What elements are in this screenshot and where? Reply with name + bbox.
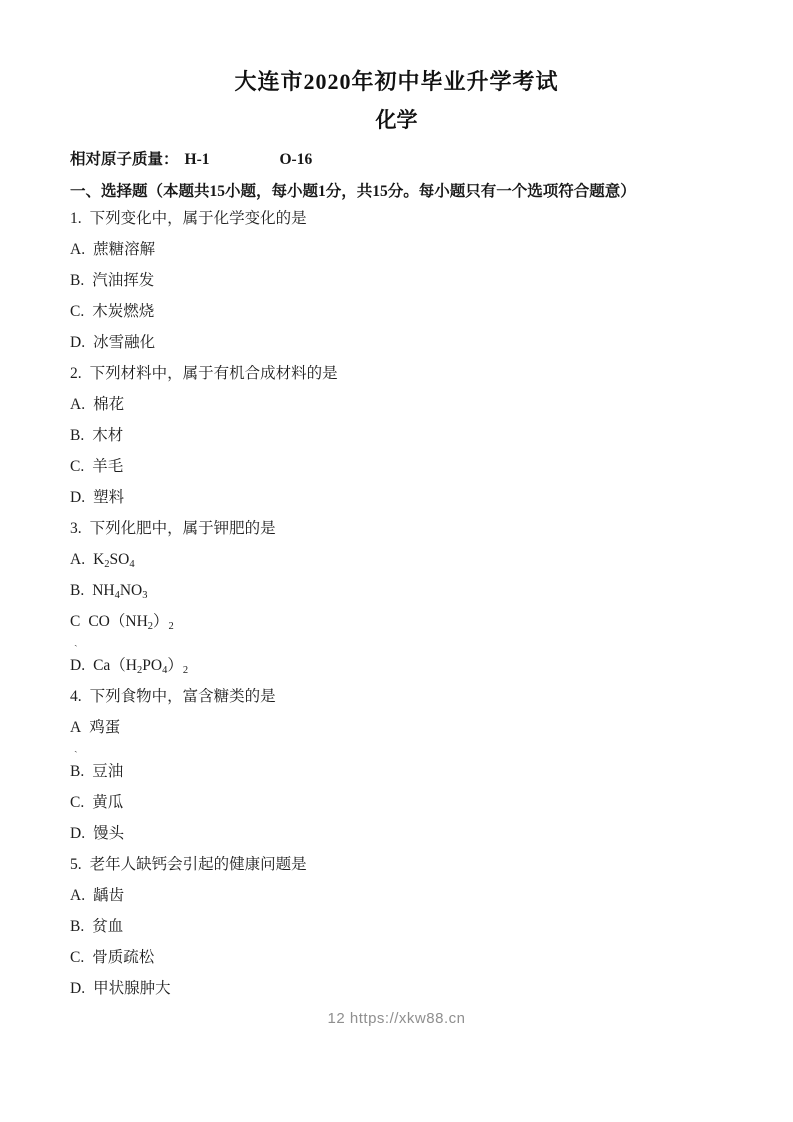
option-text: 骨质疏松 — [92, 949, 154, 966]
option-line: D.甲状腺肿大 — [70, 973, 723, 1004]
question-line: 2.下列材料中，属于有机合成材料的是 — [70, 358, 723, 389]
option-label: D. — [70, 482, 85, 513]
option-text: 豆油 — [92, 763, 123, 780]
formula-segment: NO — [120, 582, 142, 599]
question-number: 1. — [70, 203, 82, 234]
option-line: A.龋齿 — [70, 880, 723, 911]
option-line: A.蔗糖溶解 — [70, 234, 723, 265]
option-line: D.冰雪融化 — [70, 327, 723, 358]
formula-subscript: 3 — [142, 590, 147, 601]
option-text: 龋齿 — [93, 887, 124, 904]
option-line: B.汽油挥发 — [70, 265, 723, 296]
formula-segment: Ca（H — [93, 657, 137, 674]
option-label: B. — [70, 911, 84, 942]
option-line: CCO（NH2）2 — [70, 606, 723, 637]
option-text: 甲状腺肿大 — [93, 980, 171, 997]
option-line: C.木炭燃烧 — [70, 296, 723, 327]
option-label: A. — [70, 880, 85, 911]
option-text: 黄瓜 — [92, 794, 123, 811]
formula-subscript: 2 — [137, 665, 142, 676]
stray-mark: ˏ — [70, 743, 723, 756]
question-stem: 下列食物中，富含糖类的是 — [90, 688, 276, 705]
option-label: B. — [70, 265, 84, 296]
atomic-mass-value-o: O-16 — [279, 151, 312, 168]
option-label: C — [70, 606, 80, 637]
option-label: D. — [70, 327, 85, 358]
question-line: 1.下列变化中，属于化学变化的是 — [70, 203, 723, 234]
option-text: 鸡蛋 — [89, 719, 120, 736]
formula-subscript: 4 — [162, 665, 167, 676]
option-text: 汽油挥发 — [92, 272, 154, 289]
formula-subscript: 4 — [115, 590, 120, 601]
option-line: B.木材 — [70, 420, 723, 451]
page-subtitle: 化学 — [70, 107, 723, 133]
question-number: 4. — [70, 681, 82, 712]
atomic-mass-line: 相对原子质量：H-1O-16 — [70, 149, 723, 171]
option-text: 馒头 — [93, 825, 124, 842]
formula-segment: CO（NH — [88, 613, 147, 630]
formula-subscript: 2 — [169, 621, 174, 632]
option-text: 塑料 — [93, 489, 124, 506]
question-number: 5. — [70, 849, 82, 880]
question-line: 3.下列化肥中，属于钾肥的是 — [70, 513, 723, 544]
option-line: B.豆油 — [70, 756, 723, 787]
option-label: D. — [70, 818, 85, 849]
question-number: 2. — [70, 358, 82, 389]
questions-list: 1.下列变化中，属于化学变化的是A.蔗糖溶解B.汽油挥发C.木炭燃烧D.冰雪融化… — [70, 203, 723, 1004]
option-label: D. — [70, 973, 85, 1004]
formula-segment: SO — [110, 551, 130, 568]
formula-segment: ） — [153, 613, 169, 630]
formula-subscript: 2 — [183, 665, 188, 676]
option-label: A. — [70, 234, 85, 265]
option-line: A.K2SO4 — [70, 544, 723, 575]
option-text: 木炭燃烧 — [92, 303, 154, 320]
option-line: C.黄瓜 — [70, 787, 723, 818]
option-text: NH4NO3 — [92, 582, 147, 599]
option-line: D.塑料 — [70, 482, 723, 513]
option-text: Ca（H2PO4）2 — [93, 657, 188, 674]
section-heading: 一、选择题（本题共15小题，每小题1分，共15分。每小题只有一个选项符合题意） — [70, 181, 723, 203]
exam-page: 大连市2020年初中毕业升学考试 化学 相对原子质量：H-1O-16 一、选择题… — [0, 0, 793, 1122]
option-label: C. — [70, 451, 84, 482]
option-line: B.NH4NO3 — [70, 575, 723, 606]
formula-segment: ） — [167, 657, 183, 674]
atomic-mass-value-h: H-1 — [185, 151, 210, 168]
question-stem: 下列化肥中，属于钾肥的是 — [90, 520, 276, 537]
option-label: A — [70, 712, 81, 743]
option-label: B. — [70, 420, 84, 451]
question-line: 5.老年人缺钙会引起的健康问题是 — [70, 849, 723, 880]
option-text: 冰雪融化 — [93, 334, 155, 351]
question-stem: 下列变化中，属于化学变化的是 — [90, 210, 307, 227]
option-label: A. — [70, 544, 85, 575]
option-line: C.羊毛 — [70, 451, 723, 482]
formula-subscript: 2 — [104, 559, 109, 570]
option-line: A.棉花 — [70, 389, 723, 420]
formula-segment: K — [93, 551, 104, 568]
stray-mark: ˏ — [70, 637, 723, 650]
option-label: B. — [70, 756, 84, 787]
page-title: 大连市2020年初中毕业升学考试 — [70, 68, 723, 96]
option-label: C. — [70, 296, 84, 327]
formula-segment: NH — [92, 582, 114, 599]
option-label: A. — [70, 389, 85, 420]
formula-segment: PO — [142, 657, 162, 674]
option-text: 棉花 — [93, 396, 124, 413]
formula-subscript: 2 — [148, 621, 153, 632]
option-text: 蔗糖溶解 — [93, 241, 155, 258]
option-line: C.骨质疏松 — [70, 942, 723, 973]
option-text: 羊毛 — [92, 458, 123, 475]
option-line: A鸡蛋 — [70, 712, 723, 743]
option-label: D. — [70, 650, 85, 681]
page-footer: 12 https://xkw88.cn — [70, 1010, 723, 1027]
option-label: C. — [70, 787, 84, 818]
question-number: 3. — [70, 513, 82, 544]
option-line: D.Ca（H2PO4）2 — [70, 650, 723, 681]
atomic-mass-label: 相对原子质量： — [70, 151, 179, 168]
option-line: B.贫血 — [70, 911, 723, 942]
question-stem: 老年人缺钙会引起的健康问题是 — [90, 856, 307, 873]
question-stem: 下列材料中，属于有机合成材料的是 — [90, 365, 338, 382]
option-text: 木材 — [92, 427, 123, 444]
option-label: C. — [70, 942, 84, 973]
option-text: CO（NH2）2 — [88, 613, 173, 630]
option-text: 贫血 — [92, 918, 123, 935]
option-line: D.馒头 — [70, 818, 723, 849]
option-label: B. — [70, 575, 84, 606]
question-line: 4.下列食物中，富含糖类的是 — [70, 681, 723, 712]
option-text: K2SO4 — [93, 551, 135, 568]
formula-subscript: 4 — [129, 559, 134, 570]
